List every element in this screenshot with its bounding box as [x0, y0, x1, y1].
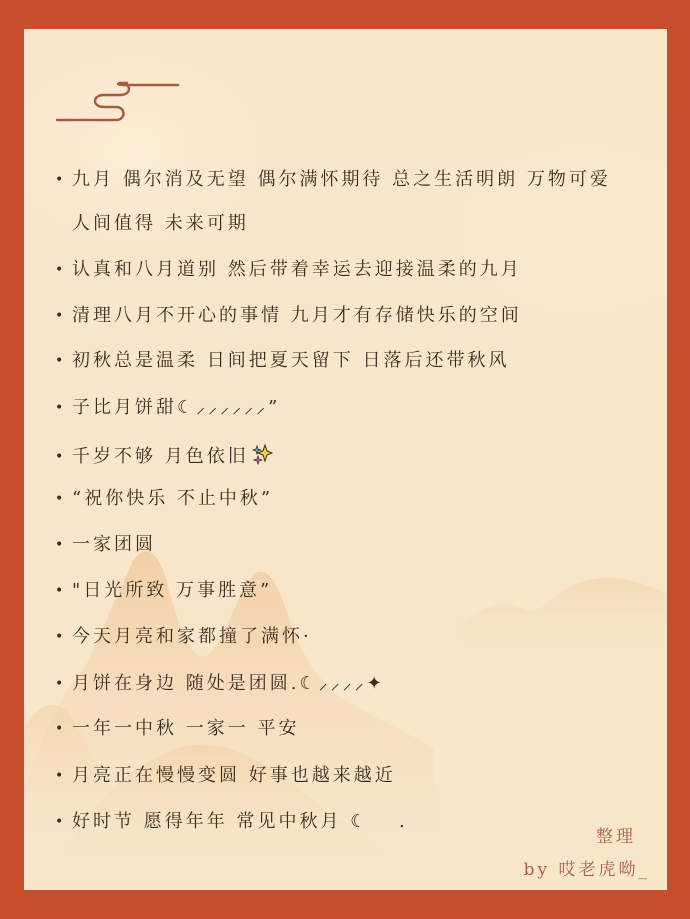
list-item-text: 月饼在身边 随处是团圆.☾⸝⸝⸝⸝✦ [72, 673, 385, 694]
list-item: •"日光所致 万事胜意” [55, 578, 272, 604]
list-item: •九月 偶尔消及无望 偶尔满怀期待 总之生活明朗 万物可爱 [55, 167, 611, 193]
list-item: •清理八月不开心的事情 九月才有存储快乐的空间 [55, 303, 522, 329]
blessing-list: •九月 偶尔消及无望 偶尔满怀期待 总之生活明朗 万物可爱 人间值得 未来可期 … [24, 29, 667, 890]
list-item: •认真和八月道别 然后带着幸运去迎接温柔的九月 [55, 257, 522, 283]
list-item-text: 今天月亮和家都撞了满怀· [72, 626, 312, 647]
list-item: •“祝你快乐 不止中秋” [55, 486, 273, 512]
list-item-text: 初秋总是温柔 日间把夏天留下 日落后还带秋风 [72, 350, 509, 371]
list-item-text: 千岁不够 月色依旧 [72, 446, 249, 467]
bullet: • [55, 809, 72, 835]
bullet: • [55, 257, 72, 283]
list-item: •月亮正在慢慢变圆 好事也越来越近 [55, 763, 396, 789]
bullet: • [55, 395, 72, 421]
bullet: • [55, 348, 72, 374]
list-item-text: 一年一中秋 一家一 平安 [72, 718, 299, 739]
signature-title: 整理 [596, 822, 636, 847]
list-item-text: 一家团圆 [72, 534, 156, 555]
bullet: • [55, 532, 72, 558]
list-item-text: 好时节 愿得年年 常见中秋月 ☾ . [72, 811, 408, 832]
list-item: •月饼在身边 随处是团圆.☾⸝⸝⸝⸝✦ [55, 671, 385, 697]
list-item-text: “祝你快乐 不止中秋” [72, 488, 273, 509]
list-item-text: 认真和八月道别 然后带着幸运去迎接温柔的九月 [72, 259, 522, 280]
bullet: • [55, 167, 72, 193]
bullet: • [55, 578, 72, 604]
bullet: • [55, 486, 72, 512]
list-item: •好时节 愿得年年 常见中秋月 ☾ . [55, 809, 408, 835]
list-item: •子比月饼甜☾⸝⸝⸝⸝⸝⸝” [55, 395, 280, 421]
list-item-text: 月亮正在慢慢变圆 好事也越来越近 [72, 765, 396, 786]
list-item-text: 清理八月不开心的事情 九月才有存储快乐的空间 [72, 305, 522, 326]
list-item-continuation: 人间值得 未来可期 [55, 211, 249, 237]
list-item: •今天月亮和家都撞了满怀· [55, 624, 312, 650]
signature-author: by 哎老虎呦_ [524, 855, 650, 880]
list-item-text: 子比月饼甜☾⸝⸝⸝⸝⸝⸝” [72, 397, 280, 418]
bullet: • [55, 444, 72, 470]
list-item-text: 人间值得 未来可期 [72, 213, 249, 234]
list-item: •一年一中秋 一家一 平安 [55, 716, 299, 742]
bullet: • [55, 303, 72, 329]
bullet: • [55, 671, 72, 697]
bullet: • [55, 624, 72, 650]
list-item: •一家团圆 [55, 532, 156, 558]
list-item: •初秋总是温柔 日间把夏天留下 日落后还带秋风 [55, 348, 509, 374]
list-item-text: 九月 偶尔消及无望 偶尔满怀期待 总之生活明朗 万物可爱 [72, 169, 611, 190]
sparkles-icon [251, 443, 273, 473]
paper-card: •九月 偶尔消及无望 偶尔满怀期待 总之生活明朗 万物可爱 人间值得 未来可期 … [24, 29, 667, 890]
bullet: • [55, 716, 72, 742]
list-item-text: "日光所致 万事胜意” [72, 580, 272, 601]
list-item: •千岁不够 月色依旧 [55, 440, 273, 466]
bullet: • [55, 763, 72, 789]
